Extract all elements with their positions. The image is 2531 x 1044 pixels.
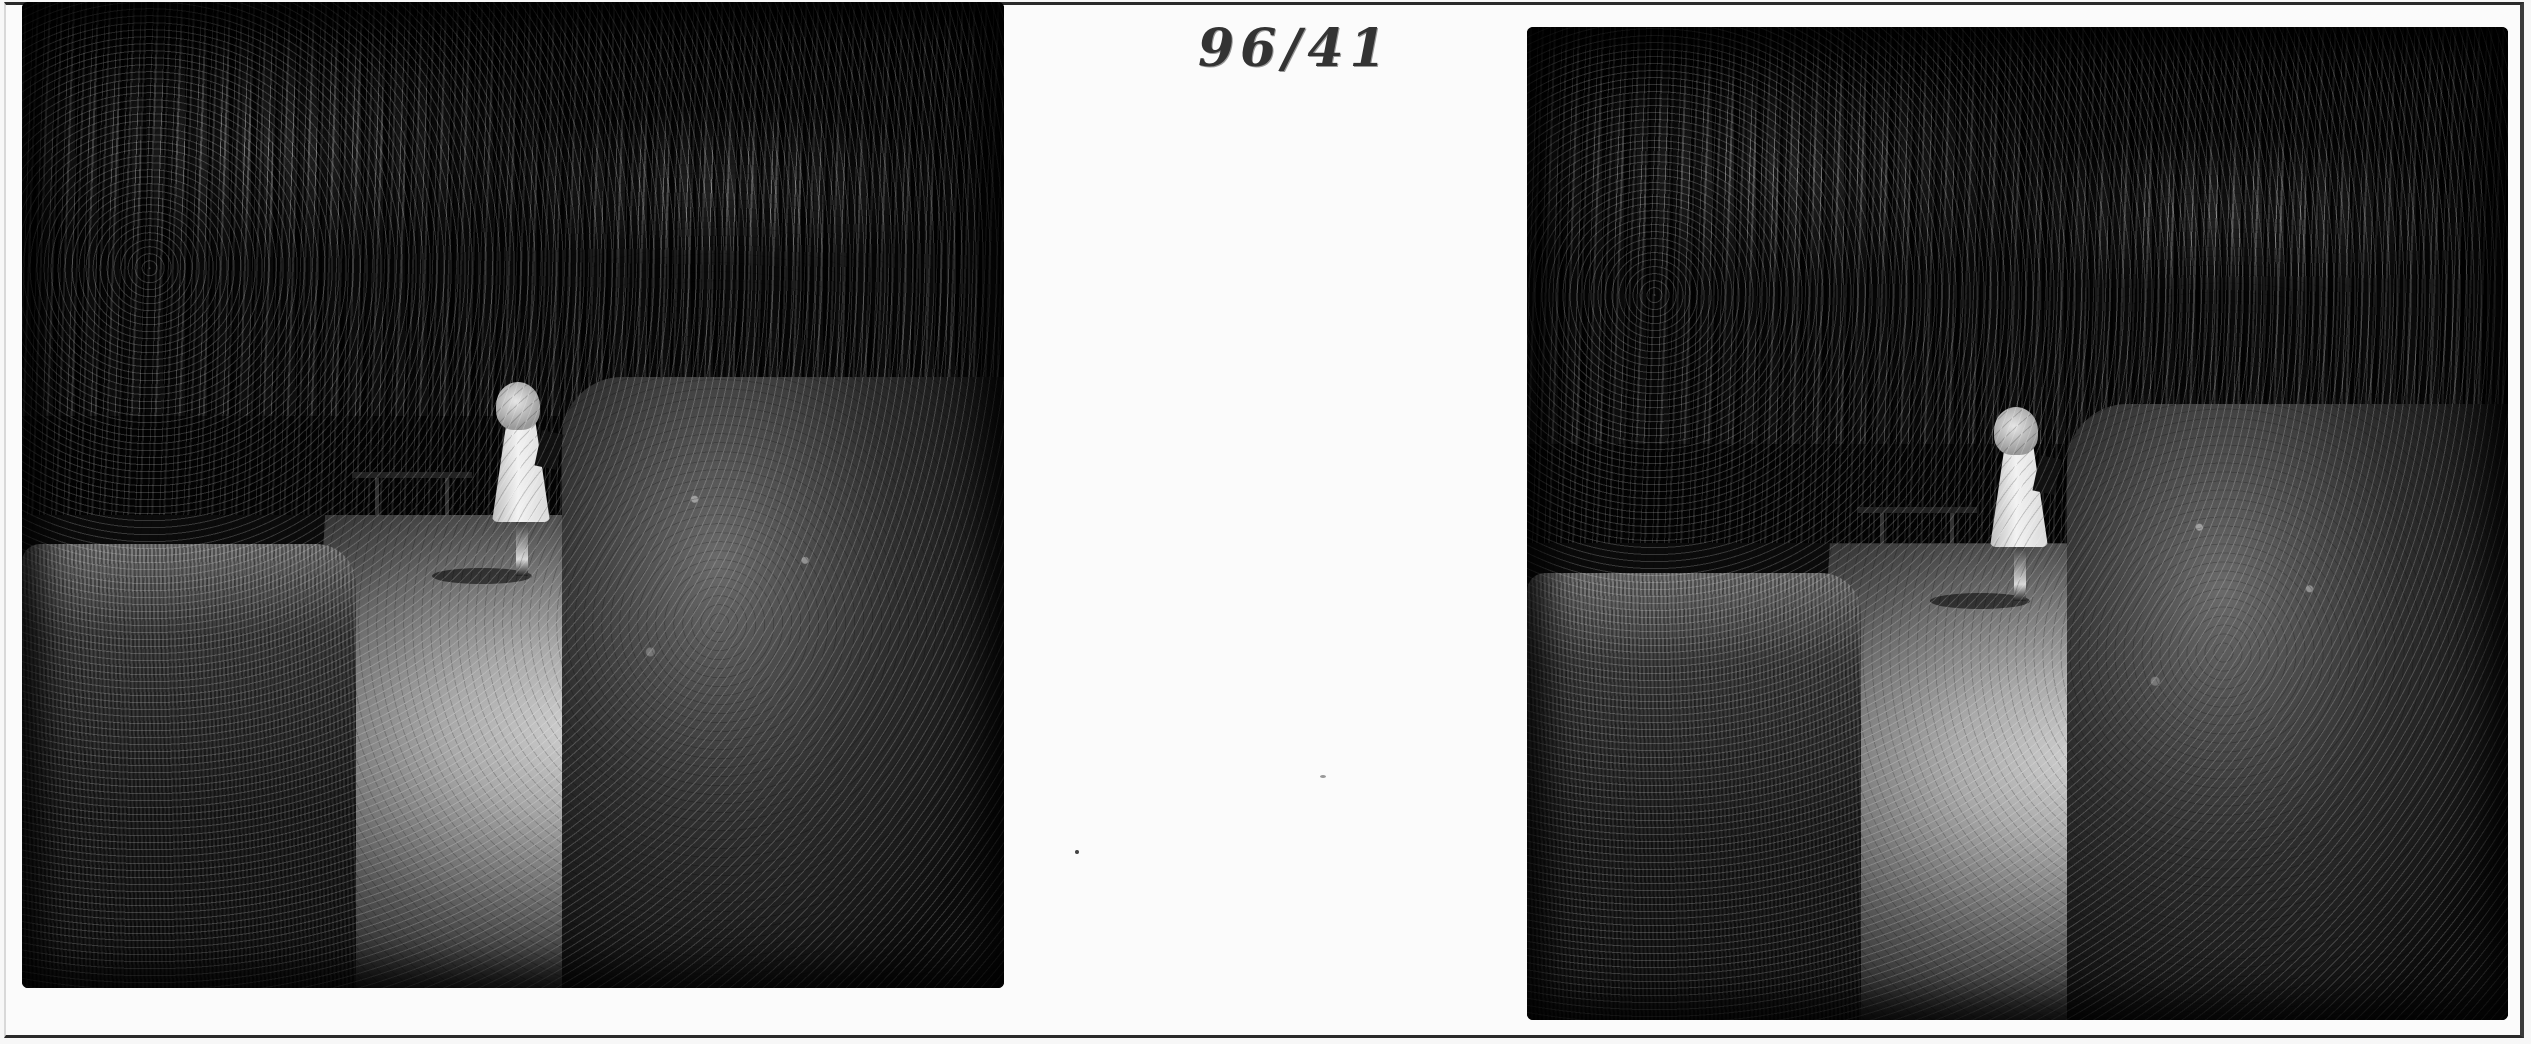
dust-speck [1320,775,1326,778]
flower-border [562,377,1004,988]
hedge [1527,573,1861,1020]
stereo-frame-left [22,2,1004,988]
flower-border [2067,404,2508,1020]
hedge [22,544,356,988]
stereo-frame-right [1527,27,2508,1020]
girl-figure [1990,407,2046,607]
dust-speck [1075,850,1079,854]
girl-figure [492,382,548,582]
plate-number-label: 96/41 [1198,18,1392,79]
